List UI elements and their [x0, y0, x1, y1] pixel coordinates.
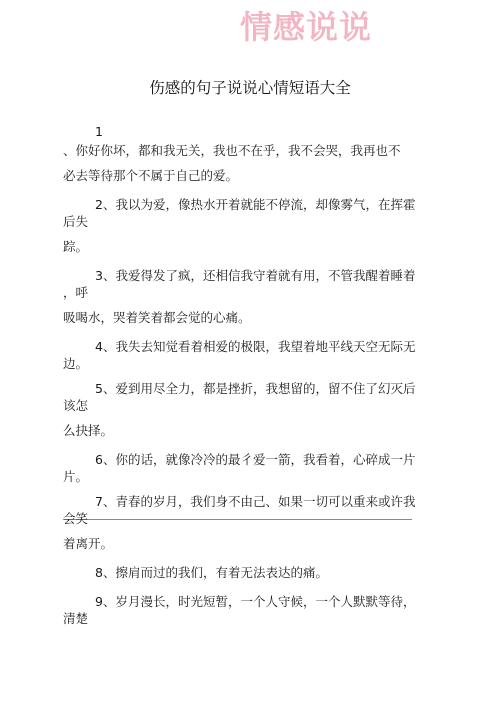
text-line: 3、我爱得发了疯，还相信我守着就有用，不管我醒着睡着: [95, 266, 415, 284]
text-line: 片。: [63, 467, 88, 485]
text-line: 5、爱到用尽全力，都是挫折，我想留的，留不住了幻灭后: [95, 379, 415, 397]
watermark-logo: 情感说说: [240, 2, 372, 48]
text-line: 4、我失去知觉看着相爱的极限，我望着地平线天空无际无: [95, 337, 415, 355]
text-line: 7、青春的岁月，我们身不由己、如果一切可以重来或许我: [95, 492, 415, 510]
text-line: 么抉择。: [63, 421, 113, 439]
text-line: 吸喝水，哭着笑着都会觉的心痛。: [63, 308, 251, 326]
text-line: 后失: [63, 212, 88, 230]
text-line: 踪。: [63, 237, 88, 255]
text-line: 、你好你坏，都和我无关，我也不在乎，我不会哭，我再也不: [63, 141, 401, 159]
text-line: 8、擦肩而过的我们，有着无法表达的痛。: [95, 563, 328, 581]
document-title: 伤感的句子说说心情短语大全: [0, 76, 500, 98]
text-line: 9、岁月漫长，时光短暂，一个人守候，一个人默默等待，: [95, 592, 415, 610]
text-line: 会笑: [63, 509, 88, 527]
page-divider: [63, 519, 412, 520]
text-line: 该怎: [63, 396, 88, 414]
text-line: 着离开。: [63, 534, 113, 552]
text-line: 清楚: [63, 609, 88, 627]
text-line: 1: [95, 124, 103, 139]
text-line: ，呼: [63, 283, 88, 301]
text-line: 6、你的话，就像冷冷的最彳爱一箭，我看着，心碎成一片: [95, 450, 415, 468]
text-line: 2、我以为爱，像热水开着就能不停流，却像雾气，在挥霍: [95, 195, 415, 213]
text-line: 边。: [63, 354, 88, 372]
text-line: 必去等待那个不属于自己的爱。: [63, 166, 238, 184]
